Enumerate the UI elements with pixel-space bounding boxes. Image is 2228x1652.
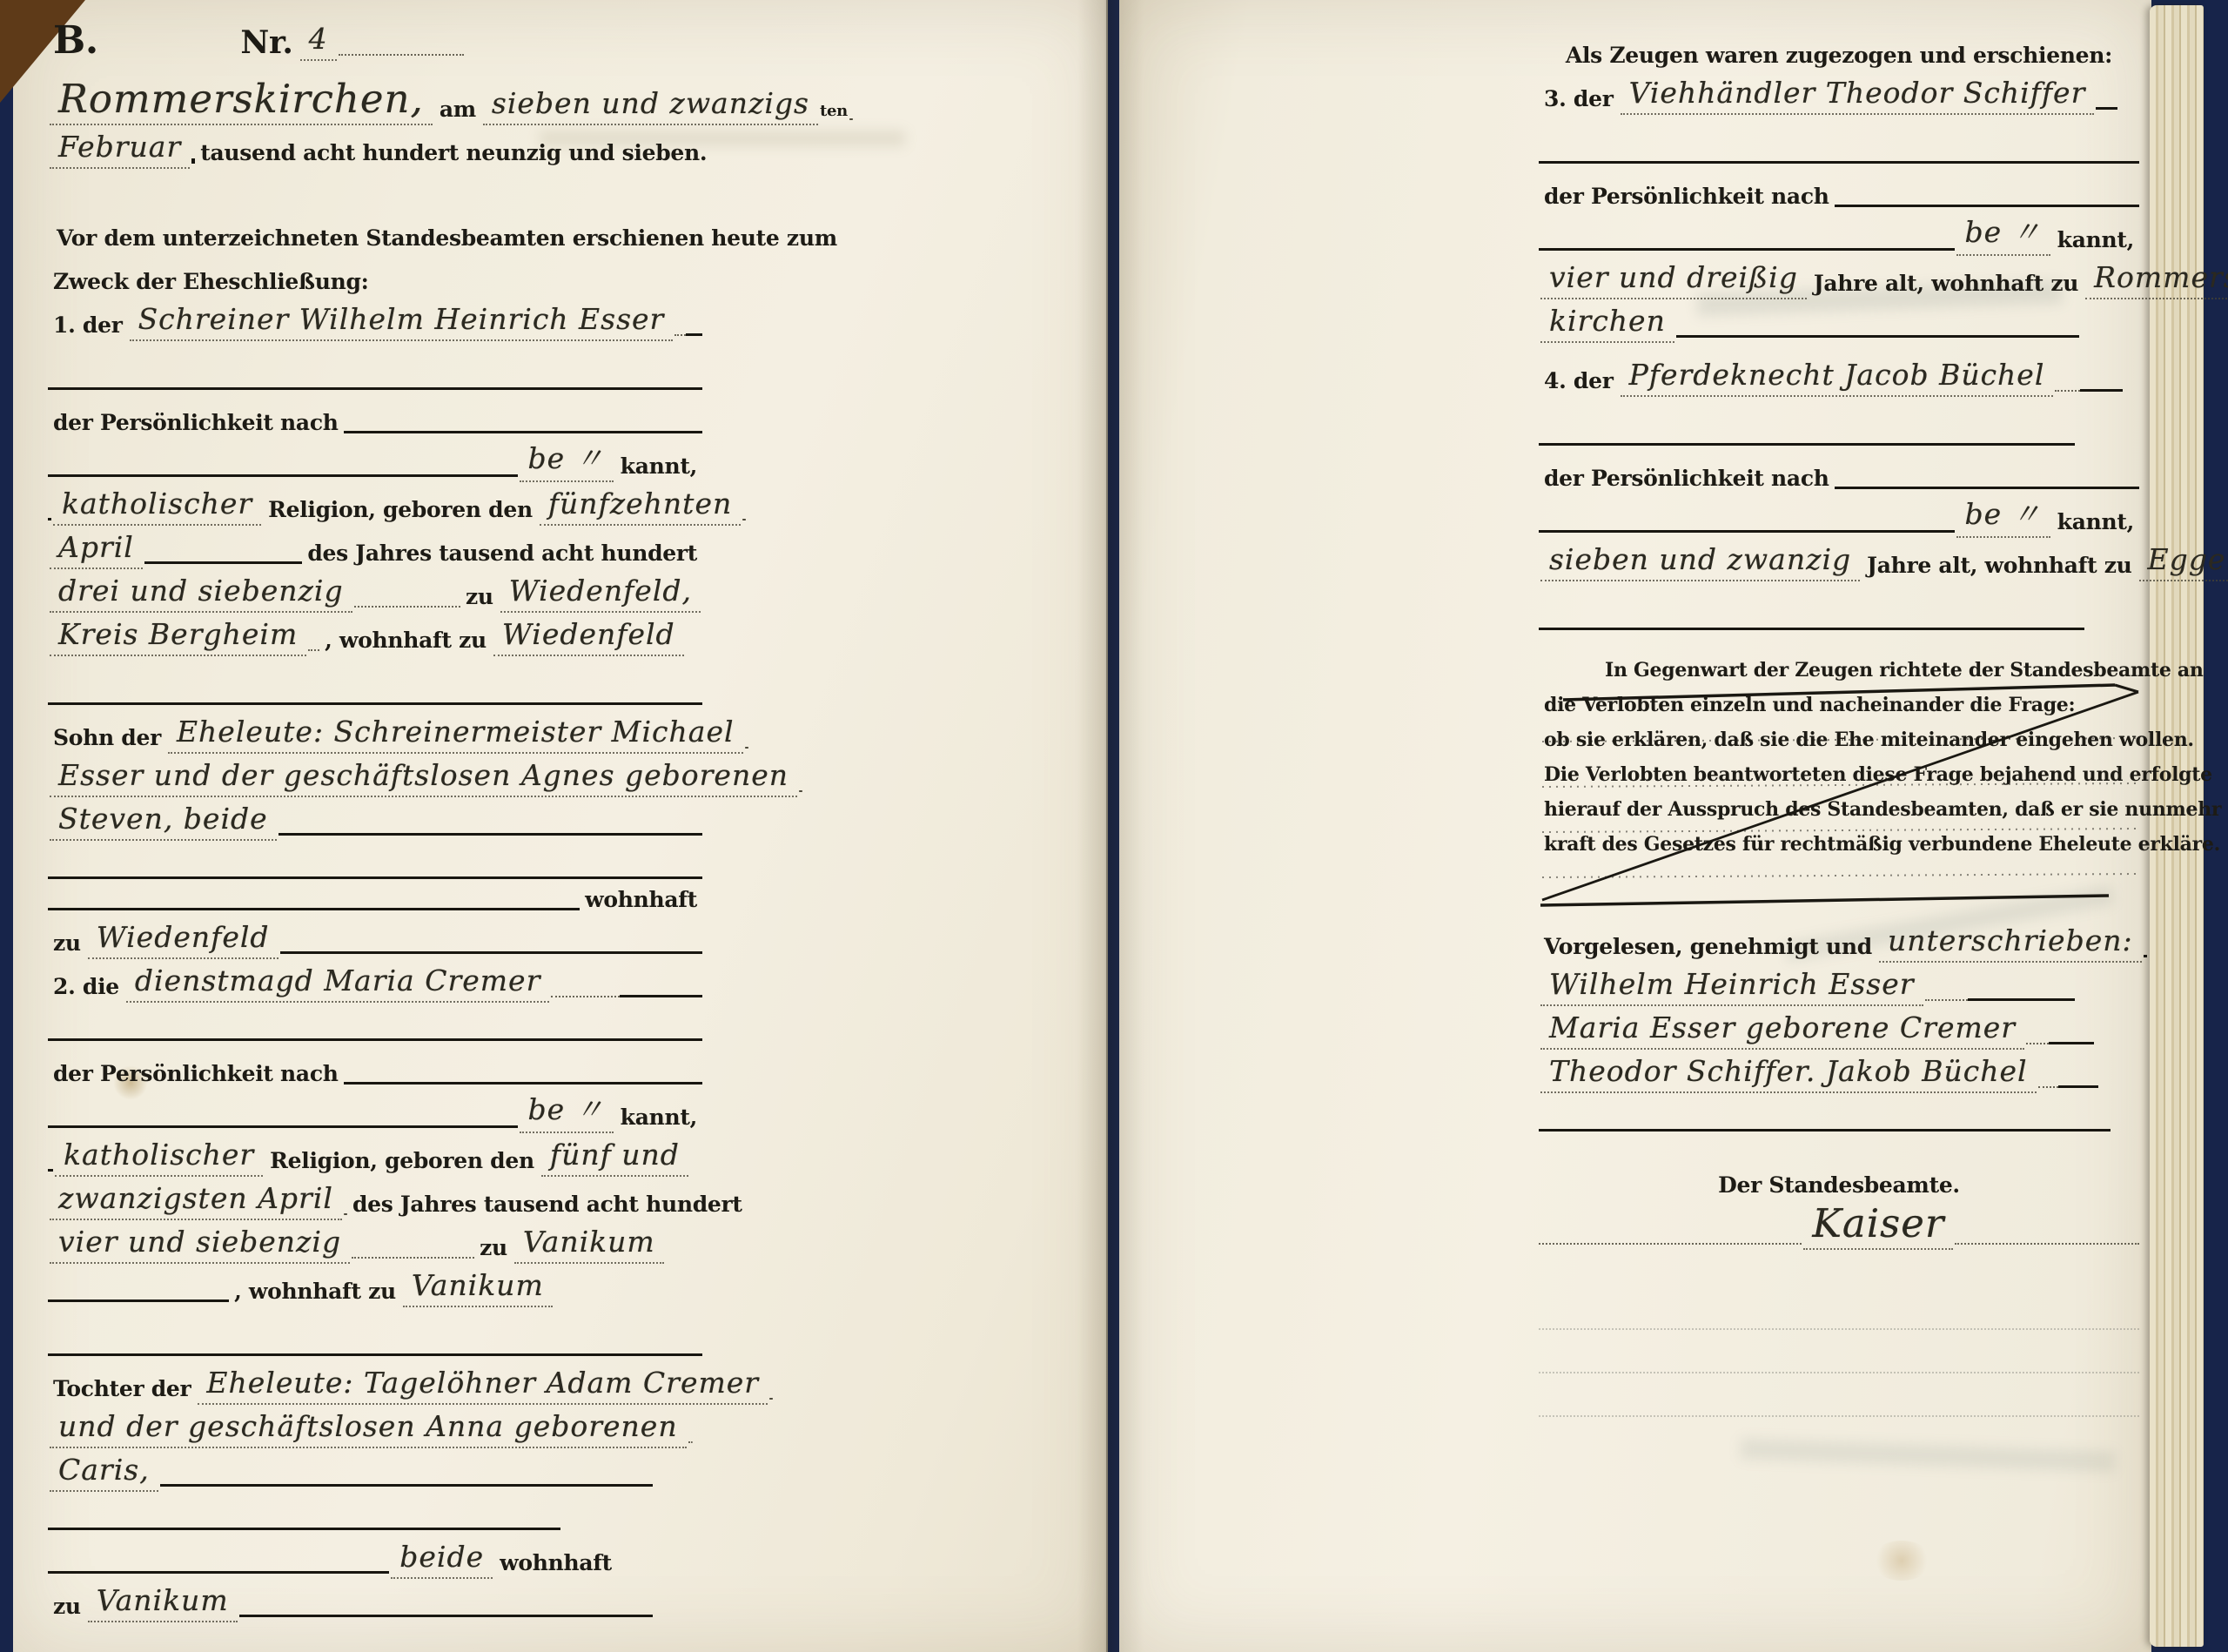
handwritten-entry: Rommers- — [2085, 260, 2228, 299]
section-letter: B. — [48, 18, 104, 68]
form-line: Rommerskirchen,amsieben und zwanzigsten — [48, 89, 702, 132]
printed-label: Sohn der — [48, 725, 166, 761]
ruled-blank — [1835, 205, 2139, 207]
form-line — [1539, 1100, 2139, 1144]
handwritten-entry: Februar — [50, 130, 190, 169]
printed-label: kannt, — [615, 1105, 702, 1140]
form-line: vier und dreißigJahre alt, wohnhaft zuRo… — [1539, 263, 2139, 306]
printed-label: des Jahres tausend acht hundert — [347, 1192, 748, 1227]
form-line: Aprildes Jahres tausend acht hundert — [48, 533, 702, 576]
left-form-content: B.Nr.4Rommerskirchen,amsieben und zwanzi… — [48, 0, 702, 1629]
form-line: katholischerReligion, geboren denfünfzeh… — [48, 489, 702, 533]
form-line: und der geschäftslosen Anna geborenen — [48, 1412, 702, 1455]
handwritten-entry: Vanikum — [514, 1225, 664, 1264]
handwritten-entry: Eheleute: Tagelöhner Adam Cremer — [198, 1366, 768, 1405]
handwritten-entry: Vanikum — [403, 1268, 553, 1307]
ruled-blank — [686, 333, 702, 336]
registry-book-spread: B.Nr.4Rommerskirchen,amsieben und zwanzi… — [0, 0, 2228, 1652]
handwritten-entry: fünf und — [541, 1138, 688, 1177]
handwritten-entry: Caris, — [50, 1453, 158, 1492]
ruled-blank — [48, 1353, 702, 1356]
handwritten-entry: Wiedenfeld — [88, 920, 278, 959]
form-line — [48, 848, 702, 891]
dotted-blank — [1925, 999, 1968, 1001]
handwritten-entry: fünfzehnten — [540, 487, 741, 526]
form-line: B.Nr.4 — [48, 24, 702, 68]
form-line — [48, 1325, 702, 1368]
ruled-blank — [239, 1615, 653, 1617]
ruled-blank — [48, 876, 702, 879]
form-line: zuWiedenfeld — [48, 923, 702, 966]
printed-label: des Jahres tausend acht hundert — [302, 541, 702, 576]
ruled-blank — [2049, 1042, 2094, 1044]
form-line: beidewohnhaft — [48, 1542, 702, 1586]
handwritten-entry: Eggershoven — [2139, 542, 2228, 581]
printed-label: Religion, geboren den — [263, 497, 538, 533]
dotted-blank — [354, 606, 460, 608]
printed-label: der Persönlichkeit nach — [1539, 184, 1835, 219]
ruled-blank — [48, 1299, 229, 1302]
dotted-blank — [2026, 1043, 2049, 1044]
faint-line — [1539, 1415, 2139, 1417]
form-line: Esser und der geschäftslosen Agnes gebor… — [48, 761, 702, 804]
form-line — [48, 359, 702, 402]
printed-label: wohnhaft — [580, 887, 702, 923]
form-line — [1539, 414, 2139, 458]
printed-label: , wohnhaft zu — [229, 1279, 401, 1314]
ruled-blank — [48, 518, 51, 520]
form-line — [1539, 132, 2139, 176]
printed-label: zu — [474, 1235, 513, 1271]
handwritten-entry: Esser und der geschäftslosen Agnes gebor… — [50, 758, 797, 797]
form-line: Februartausend acht hundert neunzig und … — [48, 132, 702, 176]
dotted-blank — [352, 1257, 474, 1259]
handwritten-entry: 4 — [300, 22, 337, 61]
form-line: Kaiser — [1539, 1208, 2139, 1257]
handwritten-entry: be 〃 — [1956, 210, 2050, 256]
ruled-blank — [278, 833, 702, 836]
form-line: kirchen — [1539, 306, 2139, 350]
printed-label: der Persönlichkeit nach — [48, 1061, 344, 1097]
handwritten-entry: sieben und zwanzig — [1540, 542, 1860, 581]
ruled-blank — [2058, 1085, 2099, 1088]
faint-line — [1539, 1328, 2139, 1330]
handwritten-entry: Steven, beide — [50, 802, 277, 841]
ruled-blank — [1835, 487, 2139, 489]
printed-label: 1. der — [48, 312, 128, 348]
ruled-blank — [48, 1528, 560, 1530]
form-line — [1539, 599, 2139, 642]
printed-label: , wohnhaft zu — [319, 628, 492, 663]
ruled-blank — [48, 702, 702, 705]
printed-label: 4. der — [1539, 368, 1619, 404]
handwritten-entry: Theodor Schiffer. Jakob Büchel — [1540, 1054, 2037, 1093]
printed-label: Vorgelesen, genehmigt und — [1539, 934, 1877, 970]
form-line: sieben und zwanzigJahre alt, wohnhaft zu… — [1539, 545, 2139, 588]
printed-label: Jahre alt, wohnhaft zu — [1862, 553, 2137, 588]
dotted-blank — [1539, 1243, 1802, 1245]
printed-label: 2. die — [48, 974, 124, 1010]
form-line — [1539, 1386, 2139, 1429]
ruled-blank — [48, 908, 580, 910]
ruled-blank — [48, 1125, 518, 1128]
dotted-blank — [742, 519, 746, 520]
handwritten-entry: Kreis Bergheim — [50, 617, 306, 656]
form-line — [48, 674, 702, 717]
form-line: Sohn derEheleute: Schreinermeister Micha… — [48, 717, 702, 761]
handwritten-signature: Kaiser — [1803, 1200, 1953, 1250]
printed-label: Vor dem unterzeichneten Standesbeamten e… — [51, 225, 842, 261]
ruled-blank — [1539, 628, 2084, 630]
cancellation-strike — [1539, 681, 2139, 916]
form-line: be 〃kannt, — [48, 1097, 702, 1140]
form-line: 1. derSchreiner Wilhelm Heinrich Esser — [48, 305, 702, 348]
printed-label: 3. der — [1539, 86, 1619, 122]
ruled-blank — [620, 995, 703, 997]
printed-label: Religion, geboren den — [265, 1148, 540, 1184]
handwritten-entry: dienstmagd Maria Cremer — [126, 964, 549, 1003]
ruled-blank — [344, 1082, 702, 1085]
handwritten-entry: Eheleute: Schreinermeister Michael — [168, 715, 743, 754]
dotted-blank — [1955, 1243, 2139, 1245]
record-number-label: Nr. — [235, 24, 298, 68]
printed-label: der Persönlichkeit nach — [1539, 466, 1835, 501]
form-line: 3. derViehhändler Theodor Schiffer — [1539, 78, 2139, 122]
ruled-blank — [48, 1038, 702, 1041]
form-line: Vorgelesen, genehmigt undunterschrieben: — [1539, 926, 2139, 970]
form-line: Wilhelm Heinrich Esser — [1539, 970, 2139, 1013]
form-line: Caris, — [48, 1455, 702, 1499]
form-line: zuVanikum — [48, 1586, 702, 1629]
right-form-content: Als Zeugen waren zugezogen und erschiene… — [1539, 0, 2139, 1429]
printed-label: Jahre alt, wohnhaft zu — [1809, 271, 2084, 306]
handwritten-entry: Vanikum — [88, 1583, 238, 1622]
handwritten-entry: sieben und zwanzigs — [483, 86, 818, 125]
printed-label: wohnhaft — [494, 1550, 617, 1586]
dotted-blank — [2055, 390, 2080, 392]
handwritten-entry: Pferdeknecht Jacob Büchel — [1621, 358, 2054, 397]
dotted-blank — [745, 747, 748, 749]
dotted-blank — [308, 649, 319, 651]
ruled-blank — [144, 561, 302, 564]
ruled-blank — [2144, 955, 2147, 957]
form-line: be 〃kannt, — [1539, 219, 2139, 263]
form-line: Steven, beide — [48, 804, 702, 848]
printed-label: der Persönlichkeit nach — [48, 410, 344, 446]
handwritten-entry: zwanzigsten April — [50, 1181, 342, 1220]
handwritten-entry: April — [50, 530, 143, 569]
ruled-blank — [1676, 335, 2079, 338]
form-line — [1539, 872, 2139, 916]
ruled-blank — [280, 951, 702, 954]
form-line — [48, 1499, 702, 1542]
handwritten-entry: kirchen — [1540, 304, 1674, 343]
dotted-blank — [339, 54, 464, 56]
printed-label: am — [434, 97, 481, 132]
ruled-blank — [1539, 530, 1955, 533]
dotted-blank — [674, 334, 685, 336]
printed-label: zu — [460, 584, 499, 620]
ruled-blank — [48, 1169, 53, 1172]
form-line: be 〃kannt, — [48, 446, 702, 489]
ruled-blank — [160, 1484, 654, 1487]
handwritten-entry: be 〃 — [520, 436, 614, 482]
printed-label: tausend acht hundert neunzig und sieben. — [195, 140, 712, 176]
handwritten-signature: Rommerskirchen, — [50, 76, 433, 125]
handwritten-entry: katholischer — [53, 487, 261, 526]
form-line: Als Zeugen waren zugezogen und erschiene… — [1539, 35, 2139, 78]
form-line: , wohnhaft zuVanikum — [48, 1271, 702, 1314]
handwritten-entry: beide — [391, 1540, 493, 1579]
ruled-blank — [1539, 1129, 2111, 1132]
form-line: Zweck der Eheschließung: — [48, 261, 702, 305]
handwritten-entry: be 〃 — [520, 1087, 614, 1133]
center-fold-line — [1106, 0, 1108, 1652]
form-line: 4. derPferdeknecht Jacob Büchel — [1539, 360, 2139, 404]
ruled-blank — [1539, 161, 2139, 164]
form-line — [1539, 1342, 2139, 1386]
form-line: Theodor Schiffer. Jakob Büchel — [1539, 1057, 2139, 1100]
printed-label: kannt, — [2052, 509, 2139, 545]
handwritten-entry: Maria Esser geborene Cremer — [1540, 1011, 2024, 1050]
faint-line — [1539, 1372, 2139, 1373]
printed-label: kannt, — [615, 453, 702, 489]
ruled-blank — [1539, 248, 1955, 251]
printed-label: Als Zeugen waren zugezogen und erschiene… — [1560, 43, 2117, 78]
handwritten-entry: drei und siebenzig — [50, 574, 352, 613]
form-line: vier und siebenzigzuVanikum — [48, 1227, 702, 1271]
handwritten-entry: be 〃 — [1956, 492, 2050, 538]
printed-superscript: ten — [820, 102, 849, 120]
form-line: drei und siebenzigzuWiedenfeld, — [48, 576, 702, 620]
ruled-blank — [1539, 443, 2075, 446]
handwritten-entry: Wiedenfeld, — [500, 574, 701, 613]
handwritten-entry: Schreiner Wilhelm Heinrich Esser — [130, 302, 674, 341]
handwritten-entry: unterschrieben: — [1879, 923, 2142, 963]
form-line: wohnhaft — [48, 891, 702, 923]
printed-label: zu — [48, 930, 86, 966]
dotted-blank — [849, 118, 853, 120]
handwritten-entry: vier und dreißig — [1540, 260, 1807, 299]
form-line: Tochter derEheleute: Tagelöhner Adam Cre… — [48, 1368, 702, 1412]
printed-label: Zweck der Eheschließung: — [48, 269, 374, 305]
ruled-blank — [2080, 389, 2122, 392]
form-line — [1539, 1299, 2139, 1342]
ruled-blank — [2096, 107, 2117, 110]
dotted-blank — [2038, 1086, 2058, 1088]
form-line: Kreis Bergheim, wohnhaft zuWiedenfeld — [48, 620, 702, 663]
form-line: 2. diedienstmagd Maria Cremer — [48, 966, 702, 1010]
form-line: zwanzigsten Aprildes Jahres tausend acht… — [48, 1184, 702, 1227]
dotted-blank — [799, 790, 802, 792]
printed-label: kannt, — [2052, 227, 2139, 263]
ruled-blank — [48, 1571, 389, 1574]
dotted-blank — [688, 1441, 693, 1443]
form-line: katholischerReligion, geboren denfünf un… — [48, 1140, 702, 1184]
handwritten-entry: Wilhelm Heinrich Esser — [1540, 967, 1923, 1006]
form-line: Maria Esser geborene Cremer — [1539, 1013, 2139, 1057]
handwritten-entry: Viehhändler Theodor Schiffer — [1621, 76, 2095, 115]
ruled-blank — [1968, 998, 2075, 1001]
handwritten-entry: Wiedenfeld — [493, 617, 684, 656]
dotted-blank — [769, 1398, 773, 1400]
handwritten-entry: katholischer — [55, 1138, 263, 1177]
ruled-blank — [344, 431, 702, 433]
dotted-blank — [551, 996, 619, 997]
handwritten-entry: und der geschäftslosen Anna geborenen — [50, 1409, 687, 1448]
handwritten-entry: vier und siebenzig — [50, 1225, 350, 1264]
form-line: Vor dem unterzeichneten Standesbeamten e… — [48, 218, 702, 261]
ruled-blank — [48, 387, 702, 390]
form-line: be 〃kannt, — [1539, 501, 2139, 545]
printed-label: zu — [48, 1594, 86, 1629]
printed-label: Tochter der — [48, 1376, 196, 1412]
ruled-blank — [48, 474, 518, 477]
form-line — [48, 1010, 702, 1053]
